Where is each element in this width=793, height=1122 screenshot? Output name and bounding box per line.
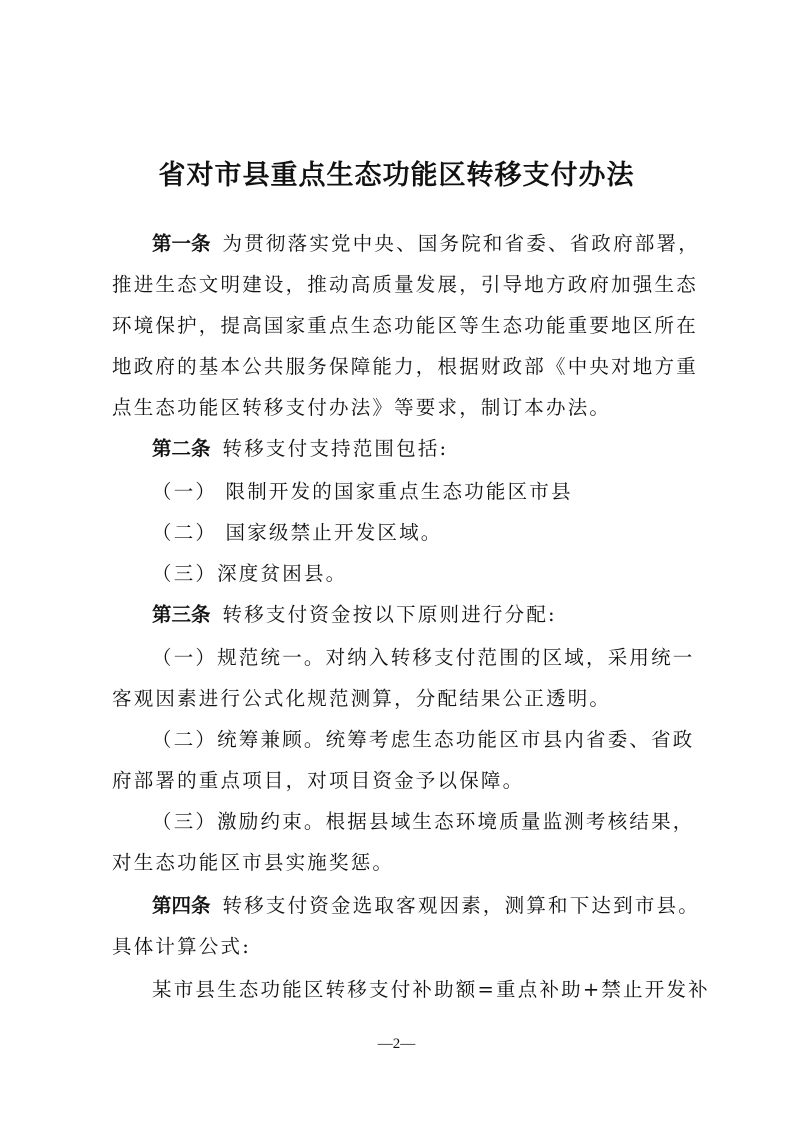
document-title: 省对市县重点生态功能区转移支付办法 bbox=[0, 156, 793, 196]
article-3-item-3-line-2: 对生态功能区市县实施奖惩。 bbox=[112, 849, 712, 877]
article-1-line-1: 第一条为贯彻落实党中央、国务院和省委、省政府部署， bbox=[152, 230, 712, 258]
formula-line: 某市县生态功能区转移支付补助额=重点补助+禁止开发补 bbox=[152, 976, 712, 1004]
page-number: —2— bbox=[0, 1034, 793, 1054]
article-label: 第四条 bbox=[152, 894, 211, 917]
article-1-line-5: 点生态功能区转移支付办法》等要求，制订本办法。 bbox=[112, 394, 712, 422]
article-1-line-4: 地政府的基本公共服务保障能力，根据财政部《中央对地方重 bbox=[112, 353, 712, 381]
article-3-line-1: 第三条转移支付资金按以下原则进行分配: bbox=[152, 601, 712, 629]
article-label: 第一条 bbox=[152, 232, 211, 255]
article-3-item-3-line-1: （三）激励约束。根据县域生态环境质量监测考核结果， bbox=[152, 808, 712, 836]
article-2-item-3: （三）深度贫困县。 bbox=[152, 560, 712, 588]
article-2-item-2: （二） 国家级禁止开发区域。 bbox=[152, 519, 712, 547]
article-3-item-2-line-2: 府部署的重点项目，对项目资金予以保障。 bbox=[112, 767, 712, 795]
article-4-line-1: 第四条转移支付资金选取客观因素，测算和下达到市县。 bbox=[152, 892, 712, 920]
article-3-item-2-line-1: （二）统筹兼顾。统筹考虑生态功能区市县内省委、省政 bbox=[152, 726, 712, 754]
article-2-line-1: 第二条转移支付支持范围包括: bbox=[152, 435, 712, 463]
article-2-item-1: （一） 限制开发的国家重点生态功能区市县 bbox=[152, 478, 712, 506]
article-3-item-1-line-1: （一）规范统一。对纳入转移支付范围的区域，采用统一 bbox=[152, 644, 712, 672]
article-label: 第二条 bbox=[152, 437, 211, 460]
article-1-line-3: 环境保护，提高国家重点生态功能区等生态功能重要地区所在 bbox=[112, 312, 712, 340]
article-1-line-2: 推进生态文明建设，推动高质量发展，引导地方政府加强生态 bbox=[112, 271, 712, 299]
article-4-line-2: 具体计算公式: bbox=[112, 933, 712, 961]
article-label: 第三条 bbox=[152, 603, 211, 626]
article-3-item-1-line-2: 客观因素进行公式化规范测算，分配结果公正透明。 bbox=[112, 685, 712, 713]
